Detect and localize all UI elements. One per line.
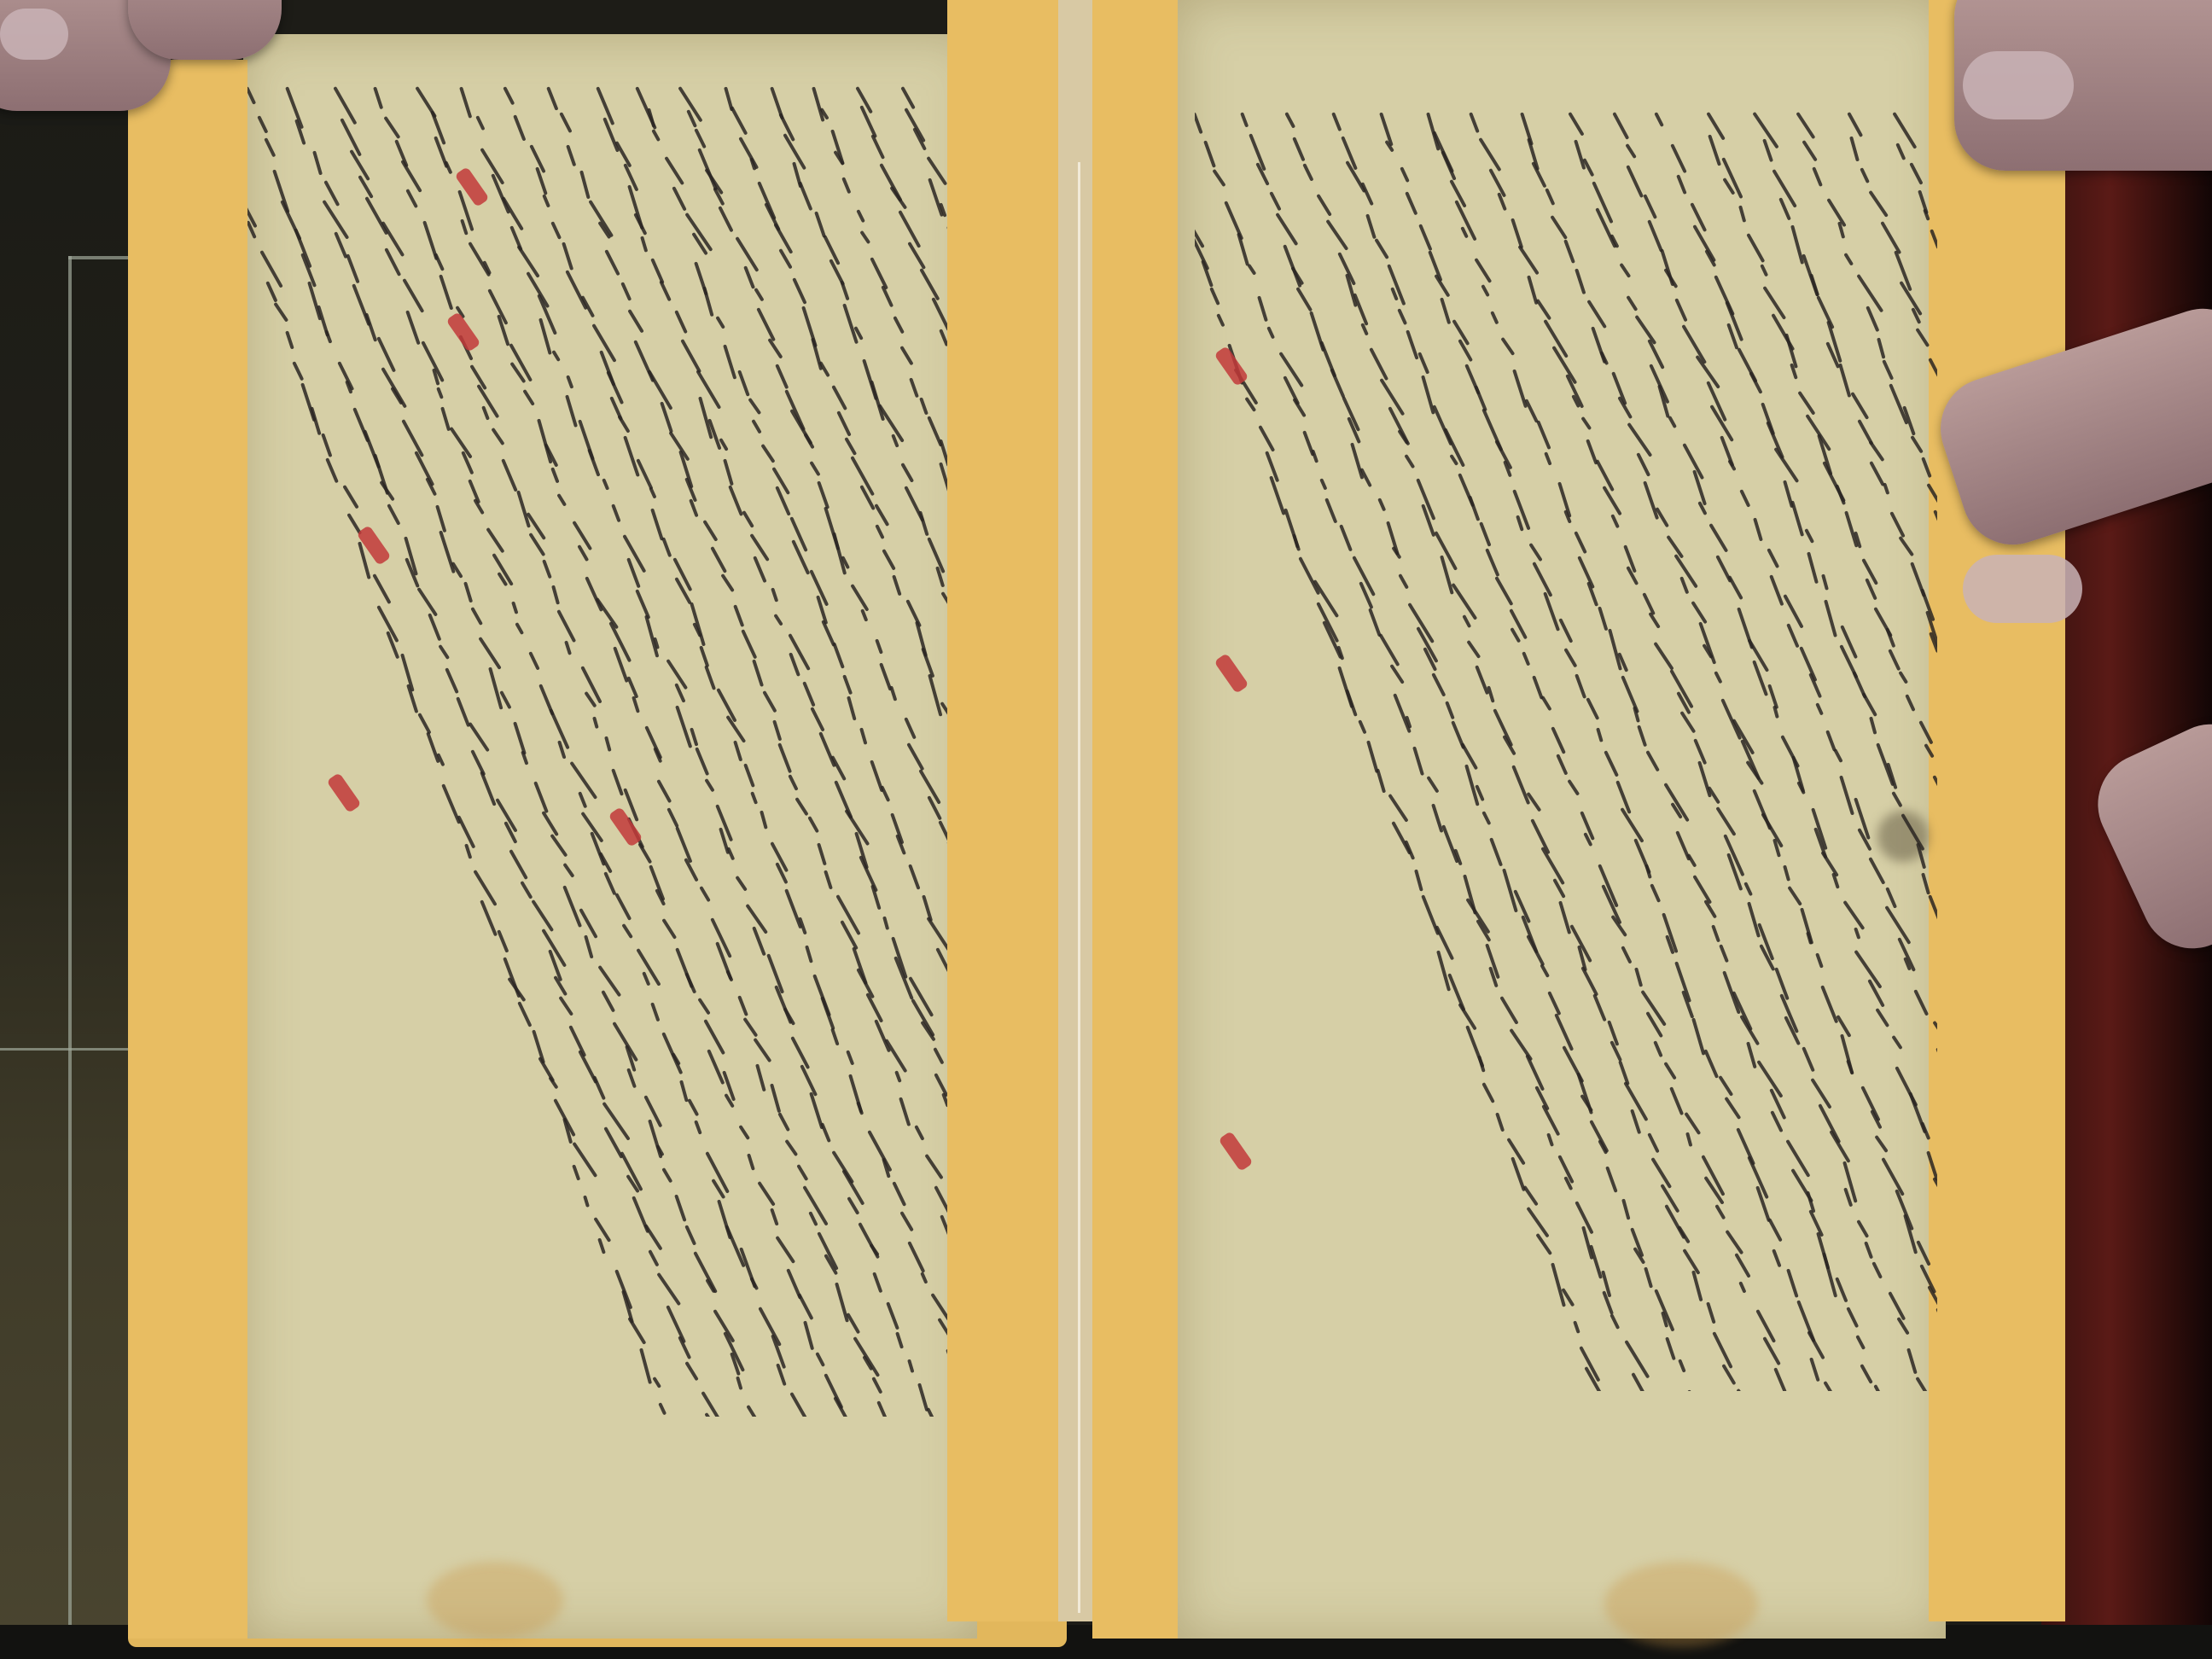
stain	[427, 1562, 563, 1639]
script-stroke	[1275, 212, 1298, 247]
script-stroke	[1895, 143, 1906, 160]
script-stroke	[559, 112, 572, 133]
script-stroke	[632, 696, 640, 713]
script-stroke	[742, 510, 754, 528]
script-stroke	[710, 546, 727, 573]
script-stroke	[1612, 112, 1629, 140]
script-stroke	[565, 395, 578, 428]
script-stroke	[1627, 422, 1653, 457]
script-stroke	[735, 875, 747, 890]
script-stroke	[1405, 192, 1417, 217]
script-stroke	[637, 842, 652, 864]
script-stroke	[674, 1194, 687, 1222]
script-stroke	[1311, 450, 1318, 463]
script-stroke	[1882, 359, 1894, 380]
script-stroke	[373, 86, 383, 109]
script-stroke	[907, 1359, 914, 1373]
script-stroke	[1481, 284, 1491, 297]
script-stroke	[1358, 719, 1366, 734]
script-stroke	[664, 156, 684, 185]
script-stroke	[808, 1211, 818, 1226]
script-stroke	[566, 375, 573, 389]
script-stroke	[497, 929, 509, 952]
script-stroke	[1610, 1313, 1620, 1330]
script-stroke	[694, 1252, 718, 1294]
script-stroke	[604, 736, 612, 753]
script-stroke	[644, 615, 659, 658]
script-stroke	[507, 977, 526, 1002]
script-stroke	[633, 212, 647, 236]
script-stroke	[680, 339, 701, 374]
script-stroke	[1316, 194, 1331, 217]
script-stroke	[1510, 608, 1528, 639]
script-stroke	[421, 341, 445, 382]
script-stroke	[772, 719, 782, 741]
script-stroke	[818, 480, 830, 509]
script-stroke	[1313, 579, 1340, 618]
script-stroke	[1621, 807, 1645, 843]
script-stroke	[1786, 624, 1799, 649]
script-stroke	[1736, 1388, 1756, 1391]
script-stroke	[1365, 213, 1377, 239]
script-stroke	[546, 86, 558, 110]
script-stroke	[1823, 1381, 1834, 1391]
script-stroke	[515, 622, 524, 635]
script-stroke	[1316, 602, 1339, 643]
script-stroke	[814, 211, 826, 238]
script-stroke	[589, 200, 614, 237]
script-stroke	[841, 1169, 864, 1205]
script-stroke	[875, 638, 883, 654]
right-outer-margin	[1929, 0, 2065, 1621]
script-stroke	[946, 225, 947, 261]
script-stroke	[468, 722, 489, 752]
script-stroke	[326, 457, 340, 483]
script-stroke	[259, 250, 283, 288]
script-stroke	[810, 707, 825, 732]
nail	[1963, 555, 2082, 623]
script-stroke	[1339, 524, 1353, 551]
script-stroke	[387, 504, 400, 525]
script-stroke	[1435, 531, 1458, 571]
script-stroke	[1796, 112, 1815, 139]
script-stroke	[893, 1182, 907, 1208]
script-stroke	[656, 779, 672, 803]
script-stroke	[428, 613, 441, 641]
script-stroke	[1517, 245, 1540, 276]
script-stroke	[1526, 1054, 1545, 1091]
script-stroke	[1247, 264, 1256, 276]
script-stroke	[684, 1225, 696, 1246]
script-stroke	[758, 1307, 782, 1347]
script-stroke	[1592, 993, 1606, 1022]
script-stroke	[518, 1002, 533, 1027]
script-stroke	[1869, 439, 1885, 462]
script-stroke	[1574, 139, 1586, 169]
script-stroke	[1714, 1204, 1726, 1220]
script-stroke	[774, 614, 783, 626]
script-stroke	[1829, 1130, 1851, 1163]
gutter	[1058, 0, 1092, 1621]
script-stroke	[509, 849, 528, 880]
script-stroke	[905, 599, 922, 628]
script-stroke	[1619, 263, 1631, 278]
script-stroke	[1388, 793, 1408, 822]
script-stroke	[899, 1097, 911, 1126]
script-stroke	[909, 864, 921, 889]
script-stroke	[1888, 649, 1901, 671]
script-stroke	[830, 1027, 840, 1045]
grid-line	[68, 256, 72, 1656]
script-stroke	[1586, 697, 1599, 720]
script-stroke	[1905, 694, 1916, 712]
script-stroke	[1462, 614, 1471, 628]
script-stroke	[470, 749, 486, 776]
script-stroke	[924, 1154, 943, 1179]
script-stroke	[718, 206, 734, 233]
script-stroke	[1536, 298, 1552, 319]
script-stroke	[1883, 482, 1889, 495]
script-stroke	[1849, 137, 1860, 162]
nail	[0, 9, 68, 60]
script-stroke	[685, 1361, 699, 1381]
script-stroke	[723, 459, 734, 486]
script-stroke	[272, 170, 289, 213]
script-stroke	[667, 1305, 687, 1344]
script-stroke	[503, 86, 515, 106]
script-stroke	[641, 236, 649, 253]
script-stroke	[1780, 735, 1800, 768]
left-inner-margin	[947, 0, 1058, 1621]
script-stroke	[1720, 698, 1742, 740]
script-stroke	[1319, 478, 1328, 491]
script-stroke	[1345, 689, 1358, 716]
left-outer-margin	[128, 60, 247, 1639]
script-stroke	[1390, 664, 1406, 684]
script-stroke	[1923, 209, 1930, 222]
script-stroke	[1360, 182, 1374, 206]
script-stroke	[920, 1272, 928, 1285]
script-stroke	[834, 780, 853, 819]
script-stroke	[803, 1320, 814, 1350]
script-stroke	[762, 690, 777, 713]
script-stroke	[713, 1309, 735, 1342]
script-stroke	[1604, 750, 1619, 777]
script-stroke	[667, 807, 679, 828]
script-stroke	[1709, 523, 1729, 553]
script-stroke	[1773, 1367, 1787, 1391]
script-stroke	[899, 346, 913, 365]
script-stroke	[752, 659, 764, 687]
script-stroke	[859, 230, 870, 244]
script-stroke	[675, 705, 692, 748]
script-stroke	[804, 433, 816, 450]
script-stroke	[934, 1073, 947, 1097]
script-stroke	[1932, 1020, 1937, 1034]
script-stroke	[414, 451, 434, 486]
script-stroke	[1644, 194, 1658, 219]
script-stroke	[1839, 775, 1854, 815]
script-stroke	[1767, 1218, 1783, 1243]
script-stroke	[1522, 651, 1530, 666]
script-stroke	[796, 1164, 808, 1181]
script-stroke	[1889, 511, 1905, 538]
script-stroke	[1645, 750, 1660, 772]
script-stroke	[798, 181, 812, 211]
script-stroke	[440, 406, 451, 431]
script-stroke	[832, 642, 845, 668]
script-stroke	[1605, 1167, 1617, 1193]
script-stroke	[1891, 791, 1902, 807]
script-stroke	[1921, 873, 1930, 895]
script-stroke	[1366, 740, 1379, 772]
script-stroke	[851, 584, 870, 611]
script-stroke	[832, 533, 847, 575]
script-stroke	[1711, 925, 1720, 943]
script-stroke	[1551, 727, 1566, 754]
script-stroke	[1608, 628, 1622, 671]
script-stroke	[346, 253, 359, 283]
script-stroke	[1665, 1337, 1676, 1360]
script-stroke	[1557, 754, 1569, 775]
script-stroke	[1664, 1062, 1677, 1080]
script-stroke	[1869, 857, 1886, 885]
script-stroke	[1833, 748, 1843, 763]
script-stroke	[1788, 886, 1803, 906]
script-stroke	[1895, 1189, 1915, 1231]
script-stroke	[841, 177, 851, 194]
script-stroke	[1468, 496, 1480, 522]
script-stroke	[1278, 352, 1304, 387]
script-stroke	[871, 1377, 882, 1394]
script-stroke	[1398, 573, 1409, 590]
script-stroke	[285, 86, 304, 129]
script-stroke	[789, 1392, 807, 1417]
script-stroke	[1510, 1028, 1534, 1062]
script-stroke	[542, 194, 550, 207]
script-stroke	[1826, 198, 1847, 228]
script-stroke	[1685, 1132, 1692, 1146]
script-stroke	[736, 236, 760, 272]
script-stroke	[937, 1318, 947, 1349]
script-stroke	[1809, 273, 1819, 296]
script-stroke	[889, 185, 907, 209]
script-stroke	[1704, 1049, 1720, 1079]
script-stroke	[1257, 295, 1268, 322]
script-stroke	[931, 297, 947, 332]
script-stroke	[876, 1401, 893, 1417]
script-stroke	[751, 419, 761, 434]
script-stroke	[1854, 928, 1860, 940]
script-stroke	[639, 1348, 652, 1385]
script-stroke	[775, 364, 789, 389]
script-stroke	[1647, 220, 1663, 253]
script-stroke	[1526, 934, 1545, 966]
script-stroke	[650, 1002, 660, 1022]
script-stroke	[1621, 1199, 1630, 1220]
script-stroke	[1810, 1357, 1821, 1382]
script-stroke	[737, 370, 749, 396]
script-stroke	[605, 249, 621, 276]
script-stroke	[1610, 514, 1620, 528]
script-stroke	[896, 1331, 905, 1348]
script-stroke	[1376, 769, 1386, 794]
script-stroke	[1574, 531, 1587, 554]
script-stroke	[754, 288, 764, 302]
nail	[1963, 51, 2074, 119]
script-stroke	[1414, 870, 1423, 893]
script-stroke	[1368, 608, 1382, 637]
script-stroke	[1633, 706, 1640, 722]
script-stroke	[445, 667, 459, 694]
script-stroke	[1635, 314, 1657, 344]
script-stroke	[1240, 112, 1249, 127]
script-stroke	[1625, 1340, 1650, 1378]
script-stroke	[699, 886, 711, 903]
script-stroke	[1470, 112, 1481, 133]
script-stroke	[649, 486, 656, 499]
script-stroke	[884, 1039, 907, 1074]
script-stroke	[1495, 1112, 1505, 1132]
script-stroke	[1404, 454, 1415, 469]
script-stroke	[1195, 112, 1203, 134]
script-stroke	[860, 608, 868, 622]
script-stroke	[1474, 258, 1492, 283]
script-stroke	[438, 644, 450, 660]
script-stroke	[1644, 864, 1652, 880]
script-stroke	[1935, 1307, 1937, 1322]
script-stroke	[529, 652, 540, 671]
script-stroke	[725, 969, 733, 981]
script-stroke	[1494, 576, 1513, 606]
script-stroke	[1284, 112, 1295, 129]
script-stroke	[1511, 765, 1530, 805]
script-stroke	[882, 916, 889, 930]
script-stroke	[1932, 775, 1937, 817]
script-stroke	[904, 718, 917, 741]
script-stroke	[402, 278, 424, 313]
script-stroke	[1676, 175, 1687, 195]
script-stroke	[569, 761, 597, 800]
script-stroke	[659, 280, 671, 301]
script-stroke	[795, 797, 809, 817]
script-stroke	[1545, 188, 1555, 206]
script-stroke	[805, 945, 813, 963]
script-stroke	[644, 725, 662, 760]
script-stroke	[873, 1272, 883, 1293]
script-stroke	[1448, 973, 1466, 1011]
script-stroke	[333, 86, 357, 125]
script-stroke	[551, 350, 561, 362]
script-stroke	[1644, 1267, 1653, 1289]
script-stroke	[593, 1217, 611, 1243]
script-stroke	[1898, 671, 1908, 684]
script-stroke	[1715, 806, 1736, 836]
script-stroke	[1626, 295, 1638, 311]
script-stroke	[537, 294, 557, 335]
script-stroke	[914, 1125, 924, 1141]
script-stroke	[844, 437, 857, 456]
script-stroke	[1330, 369, 1345, 399]
script-stroke	[1738, 1282, 1747, 1295]
script-stroke	[1881, 1157, 1905, 1196]
script-stroke	[1822, 1252, 1837, 1297]
script-stroke	[1786, 1268, 1799, 1298]
script-stroke	[1499, 996, 1519, 1025]
script-stroke	[1805, 414, 1831, 451]
script-stroke	[558, 996, 573, 1016]
script-stroke	[620, 282, 632, 301]
script-stroke	[1626, 165, 1644, 198]
script-stroke	[257, 115, 268, 134]
script-stroke	[702, 519, 718, 541]
script-stroke	[1490, 311, 1499, 326]
script-stroke	[921, 648, 934, 678]
script-stroke	[1292, 534, 1300, 550]
script-stroke	[1531, 161, 1546, 188]
script-stroke	[1910, 435, 1923, 453]
script-stroke	[1846, 1060, 1854, 1075]
script-stroke	[800, 1065, 818, 1097]
script-stroke	[550, 834, 568, 858]
script-stroke	[817, 1232, 838, 1271]
script-stroke	[1799, 646, 1817, 682]
script-stroke	[716, 316, 726, 329]
script-stroke	[1530, 818, 1550, 854]
script-stroke	[919, 397, 928, 415]
script-stroke	[892, 575, 901, 597]
script-stroke	[1212, 169, 1225, 187]
script-stroke	[1204, 140, 1217, 167]
script-stroke	[813, 974, 832, 1016]
script-stroke	[1825, 599, 1838, 637]
script-stroke	[1873, 1384, 1882, 1391]
script-stroke	[627, 1317, 646, 1345]
script-stroke	[777, 743, 792, 774]
script-stroke	[1860, 167, 1870, 183]
script-stroke	[757, 182, 777, 220]
script-stroke	[562, 863, 574, 878]
script-stroke	[1743, 882, 1753, 896]
script-stroke	[894, 317, 905, 335]
script-stroke	[542, 560, 552, 579]
script-stroke	[1331, 112, 1342, 131]
script-stroke	[1489, 838, 1503, 868]
script-stroke	[797, 1293, 813, 1320]
script-stroke	[1871, 1261, 1883, 1279]
script-stroke	[1864, 1242, 1873, 1260]
script-stroke	[1798, 391, 1816, 416]
script-stroke	[1856, 274, 1883, 313]
script-stroke	[1669, 1086, 1684, 1115]
script-stroke	[1524, 399, 1539, 423]
script-stroke	[1772, 1249, 1781, 1268]
script-stroke	[661, 918, 677, 940]
script-stroke	[324, 329, 332, 344]
script-stroke	[842, 303, 859, 344]
script-stroke	[1269, 191, 1281, 211]
script-stroke	[1506, 1138, 1526, 1166]
script-stroke	[1876, 1008, 1890, 1027]
script-stroke	[513, 115, 526, 142]
script-stroke	[1889, 383, 1908, 425]
script-stroke	[1838, 364, 1851, 398]
script-stroke	[760, 811, 768, 829]
script-stroke	[247, 86, 256, 104]
script-stroke	[1746, 233, 1765, 263]
script-stroke	[1881, 221, 1902, 255]
script-stroke	[1586, 300, 1606, 329]
